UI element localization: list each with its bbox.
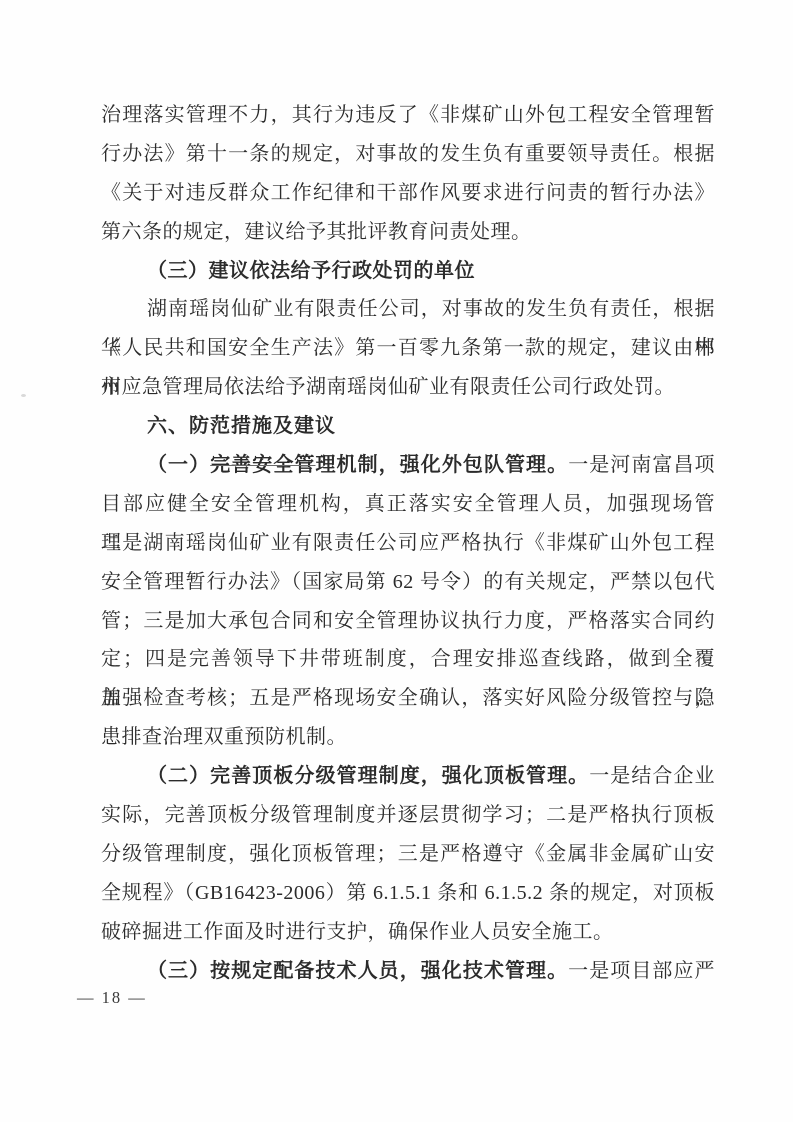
text-segment: （三）按规定配备技术人员，强化技术管理。	[147, 960, 568, 982]
text-segment: 六、防范措施及建议	[147, 415, 336, 437]
text-line: 分级管理制度，强化顶板管理；三是严格遵守《金属非金属矿山安	[101, 835, 715, 874]
text-segment: （一）	[147, 454, 210, 476]
text-line: 二是湖南瑶岗仙矿业有限责任公司应严格执行《非煤矿山外包工程	[101, 524, 715, 563]
text-segment: 完善安全管	[210, 454, 315, 476]
scan-smudge-artifact	[21, 394, 26, 397]
text-segment: 管；三是加大承包合同和安全管理协议执行力度，严格落实合同约	[101, 610, 715, 632]
text-line: 安全管理暂行办法》（国家局第 62 号令）的有关规定，严禁以包代	[101, 563, 715, 602]
text-line: 第六条的规定，建议给予其批评教育问责处理。	[101, 213, 715, 252]
text-segment: 第六条的规定，建议给予其批评教育问责处理。	[101, 221, 532, 243]
text-segment: 加强检查考核；五是严格现场安全确认，落实好风险分级管控与隐	[101, 687, 715, 709]
text-line: 湖南瑶岗仙矿业有限责任公司，对事故的发生负有责任，根据《中	[101, 290, 715, 329]
text-segment: 患排查治理双重预防机制。	[101, 726, 347, 748]
text-segment: 二是湖南瑶岗仙矿业有限责任公司应严格执行《非煤矿山外包工程	[101, 532, 715, 554]
text-segment: 全规程》（GB16423-2006）第 6.1.5.1 条和 6.1.5.2 条…	[101, 882, 715, 904]
document-page: 治理落实管理不力，其行为违反了《非煤矿山外包工程安全管理暂行办法》第十一条的规定…	[0, 0, 793, 1122]
text-line: （一）完善安全管理机制，强化外包队管理。一是河南富昌项	[101, 446, 715, 485]
text-line: （三）按规定配备技术人员，强化技术管理。一是项目部应严	[101, 952, 715, 991]
text-segment: 行办法》第十一条的规定，对事故的发生负有重要领导责任。根据	[101, 143, 715, 165]
heading-line: （三）建议依法给予行政处罚的单位	[101, 252, 715, 291]
text-segment: 一是结合企业	[589, 765, 715, 787]
text-segment: （二）完善顶板分级管理制度，强化顶板管理。	[147, 765, 589, 787]
text-segment: 破碎掘进工作面及时进行支护，确保作业人员安全施工。	[101, 921, 614, 943]
text-line: 市应急管理局依法给予湖南瑶岗仙矿业有限责任公司行政处罚。	[101, 368, 715, 407]
text-line: 患排查治理双重预防机制。	[101, 718, 715, 757]
text-line: 全规程》（GB16423-2006）第 6.1.5.1 条和 6.1.5.2 条…	[101, 874, 715, 913]
text-segment: 一是河南富昌项	[568, 454, 715, 476]
text-segment: （三）建议依法给予行政处罚的单位	[147, 260, 475, 282]
text-segment: 市应急管理局依法给予湖南瑶岗仙矿业有限责任公司行政处罚。	[101, 376, 675, 398]
text-segment: 安全管理暂行办法》（国家局第 62 号令）的有关规定，严禁以包代	[101, 571, 715, 593]
text-line: 治理落实管理不力，其行为违反了《非煤矿山外包工程安全管理暂	[101, 96, 715, 135]
text-line: 目部应健全安全管理机构，真正落实安全管理人员，加强现场管理；	[101, 485, 715, 524]
text-line: 定；四是完善领导下井带班制度，合理安排巡查线路，做到全覆盖，	[101, 640, 715, 679]
text-line: （二）完善顶板分级管理制度，强化顶板管理。一是结合企业	[101, 757, 715, 796]
text-segment: 实际，完善顶板分级管理制度并逐层贯彻学习；二是严格执行顶板	[101, 804, 715, 826]
document-body: 治理落实管理不力，其行为违反了《非煤矿山外包工程安全管理暂行办法》第十一条的规定…	[101, 96, 715, 990]
text-segment: 一是项目部应严	[568, 960, 715, 982]
text-line: 行办法》第十一条的规定，对事故的发生负有重要领导责任。根据	[101, 135, 715, 174]
text-line: 实际，完善顶板分级管理制度并逐层贯彻学习；二是严格执行顶板	[101, 796, 715, 835]
text-line: 加强检查考核；五是严格现场安全确认，落实好风险分级管控与隐	[101, 679, 715, 718]
text-line: 破碎掘进工作面及时进行支护，确保作业人员安全施工。	[101, 913, 715, 952]
text-line: 管；三是加大承包合同和安全管理协议执行力度，严格落实合同约	[101, 602, 715, 641]
heading-line: 六、防范措施及建议	[101, 407, 715, 446]
page-number: — 18 —	[77, 988, 147, 1008]
text-segment: 《关于对违反群众工作纪律和干部作风要求进行问责的暂行办法》	[101, 182, 715, 204]
text-line: 《关于对违反群众工作纪律和干部作风要求进行问责的暂行办法》	[101, 174, 715, 213]
text-segment: 分级管理制度，强化顶板管理；三是严格遵守《金属非金属矿山安	[101, 843, 715, 865]
text-line: 华人民共和国安全生产法》第一百零九条第一款的规定，建议由郴州	[101, 329, 715, 368]
text-segment: 理机制，强化外包队管理。	[315, 454, 568, 476]
text-segment: 治理落实管理不力，其行为违反了《非煤矿山外包工程安全管理暂	[101, 104, 715, 126]
